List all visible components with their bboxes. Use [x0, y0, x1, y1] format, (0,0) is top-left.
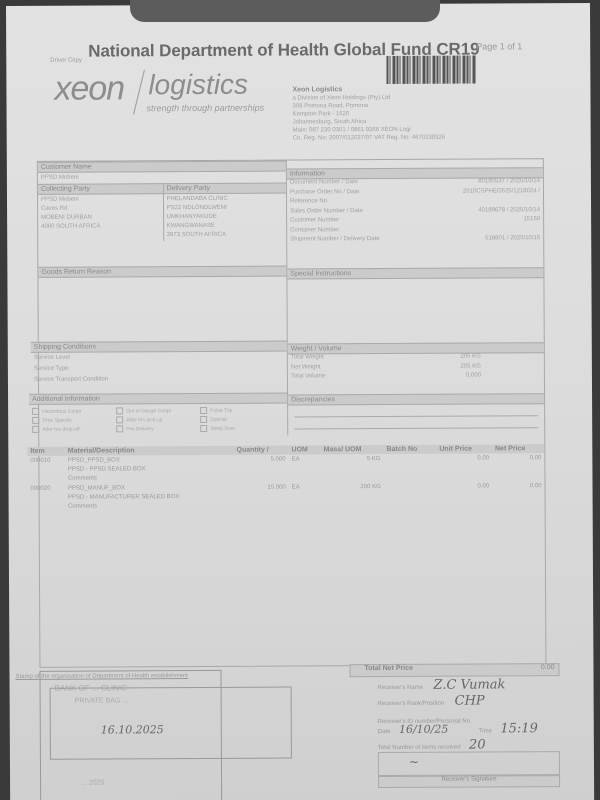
- weight-unit: KG: [472, 354, 481, 360]
- option-label: After hrs pick-up: [126, 417, 162, 423]
- delivery-form: Customer Name PPSD Mobeni Collecting Par…: [37, 158, 547, 668]
- date-value[interactable]: 16/10/25: [399, 723, 448, 736]
- delivery-note-page: National Department of Health Global Fun…: [6, 3, 594, 800]
- item-batch: [384, 482, 437, 510]
- date-label: Date: [378, 729, 391, 735]
- receiver-rank-label: Receiver's Rank/Position: [378, 701, 445, 707]
- stamp-box: [50, 687, 292, 760]
- discrepancies-header: Discrepancies: [288, 393, 544, 405]
- information-label: Customer Number: [290, 217, 339, 227]
- column-header: Batch No: [384, 445, 437, 454]
- company-line: 308 Pomona Road, Pomona: [293, 103, 369, 109]
- signature-box[interactable]: ~: [378, 751, 560, 776]
- information-label: Container Number: [290, 227, 339, 237]
- checkbox[interactable]: [116, 416, 123, 423]
- time-label: Time: [479, 728, 492, 734]
- option-label: Hazardous Cargo: [42, 408, 81, 414]
- signature-scribble-icon: ~: [409, 755, 419, 769]
- address-line: 3973 SOUTH AFRICA: [167, 231, 284, 241]
- option-label: Pulse Trip: [210, 407, 232, 413]
- option-label: Time Specific: [42, 417, 72, 423]
- special-instructions-section: Special Instructions: [287, 267, 543, 279]
- option-label: Pre-Delivery: [126, 426, 154, 432]
- table-row: 000010 PPSD_PPSD_BOX PPSD - PPSD SEALED …: [27, 453, 544, 484]
- items-section: ItemMaterial/DescriptionQuantity /UOMMas…: [27, 444, 544, 512]
- signature-label: Receiver's Signature: [378, 775, 560, 788]
- receiver-name-value[interactable]: Z.C Vumak: [433, 677, 505, 692]
- time-value[interactable]: 15:19: [500, 721, 538, 736]
- material-code: PPSD_PPSD_BOX: [68, 457, 231, 464]
- mass-value: 5: [367, 456, 370, 462]
- column-header: Quantity /: [233, 446, 288, 455]
- information-label: Shipment Number / Delivery Date: [290, 236, 379, 246]
- weight-value: 205: [461, 363, 471, 369]
- collecting-party-header: Collecting Party: [38, 183, 163, 195]
- weight-value: 0.000: [466, 373, 481, 379]
- additional-option: Time Specific: [32, 416, 116, 423]
- item-material: PPSD_MANUF_BOX PPSD - MANUFACTURER SEALE…: [65, 483, 234, 512]
- mass-value: 200: [360, 484, 370, 490]
- item-batch: [384, 454, 437, 482]
- option-label: After hrs drop-off: [42, 426, 79, 432]
- goods-return-header: Goods Return Reason: [38, 266, 286, 278]
- item-mass: 5 KG: [321, 454, 384, 482]
- total-net-price-label: Total Net Price: [364, 665, 413, 676]
- checkbox[interactable]: [116, 425, 123, 432]
- checkbox[interactable]: [32, 426, 39, 433]
- checkbox[interactable]: [200, 425, 207, 432]
- clipboard-clip: [130, 0, 440, 22]
- additional-option: After hrs drop-off: [32, 425, 116, 432]
- item-comments: Comments: [68, 503, 231, 510]
- item-number: 000020: [28, 484, 66, 512]
- logo-xeon: xeon: [54, 69, 124, 108]
- item-net-price: 0.00: [492, 453, 544, 481]
- delivery-party-address: PHELANDABA CLINIC PS22 NDLONDLWENI UMKHA…: [163, 194, 286, 242]
- mass-unit: KG: [372, 456, 381, 462]
- information-section: Information Document Number / Date801905…: [287, 167, 543, 246]
- item-uom: EA: [289, 482, 321, 510]
- item-unit-price: 0.00: [436, 453, 492, 481]
- information-label: Purchase Order No / Date: [290, 189, 359, 199]
- item-uom: EA: [289, 454, 321, 482]
- item-quantity: 15.000: [234, 483, 289, 511]
- option-label: Sleep Over: [210, 425, 235, 431]
- weight-label: Total Weight: [291, 354, 324, 364]
- page-number: Page 1 of 1: [476, 41, 522, 51]
- option-label: Out of Gauge Cargo: [126, 408, 171, 414]
- checkbox[interactable]: [116, 407, 123, 414]
- checkbox[interactable]: [200, 407, 207, 414]
- information-label: Reference No: [290, 198, 327, 208]
- information-label: Sales Order Number / Date: [290, 208, 363, 218]
- column-header: Unit Price: [436, 444, 492, 453]
- receiver-section: Receiver's Name Z.C Vumak Receiver's Ran…: [378, 675, 559, 788]
- special-instructions-header: Special Instructions: [287, 267, 543, 279]
- material-code: PPSD_MANUF_BOX: [68, 485, 231, 492]
- items-table: ItemMaterial/DescriptionQuantity /UOMMas…: [27, 444, 544, 512]
- goods-return-section: Goods Return Reason: [38, 266, 286, 278]
- additional-option: After hrs pick-up: [116, 416, 200, 423]
- logo-tagline: strength through partnerships: [147, 103, 265, 114]
- additional-option: Pulse Trip: [200, 407, 284, 414]
- customer-section: Customer Name PPSD Mobeni Collecting Par…: [38, 161, 286, 242]
- copy-label: Driver Copy: [50, 58, 82, 64]
- barcode-icon: [386, 56, 476, 84]
- additional-option: Out of Gauge Cargo: [116, 407, 200, 414]
- item-quantity: 5.000: [234, 455, 289, 483]
- item-comments: Comments: [68, 475, 231, 482]
- item-mass: 200 KG: [321, 482, 384, 510]
- item-number: 000010: [27, 456, 65, 484]
- column-header: Mass/ UOM: [321, 445, 384, 454]
- information-value: 40189678 / 2025/10/14: [478, 207, 540, 217]
- total-net-price-value: 0.00: [541, 664, 555, 675]
- weight-label: Net Weight: [291, 364, 321, 374]
- information-label: Document Number / Date: [290, 179, 358, 189]
- total-items-label: Total Number of items received: [378, 745, 461, 751]
- discrepancies-section: Discrepancies: [288, 393, 544, 429]
- receiver-rank-value[interactable]: CHP: [455, 694, 485, 709]
- logo-logistics: logistics: [148, 69, 248, 102]
- receiver-name-label: Receiver's Name: [378, 685, 424, 691]
- weight-row: Total Volume0.000: [288, 372, 544, 383]
- delivery-party-header: Delivery Party: [163, 183, 286, 195]
- column-header: Net Price: [492, 444, 544, 453]
- mass-unit: KG: [372, 484, 381, 490]
- company-line: Johannesburg, South Africa: [293, 119, 367, 125]
- material-description: PPSD - PPSD SEALED BOX: [68, 466, 231, 473]
- information-value: 2010CSPHEO525/1218024 /: [463, 188, 540, 198]
- company-line: Co. Reg. No: 2007/012037/07 VAT Reg. No:…: [293, 135, 445, 142]
- item-unit-price: 0.00: [437, 481, 493, 509]
- shipping-conditions-section: Shipping Conditions Service Level Servic…: [31, 341, 287, 386]
- item-material: PPSD_PPSD_BOX PPSD - PPSD SEALED BOX Com…: [65, 455, 234, 484]
- column-header: UOM: [289, 445, 321, 454]
- address-line: 4060 SOUTH AFRICA: [41, 222, 160, 232]
- weight-unit: KG: [472, 363, 481, 369]
- transport-condition: Service Transport Condition: [31, 374, 287, 386]
- total-items-value[interactable]: 20: [469, 737, 486, 752]
- information-value: 15150: [523, 216, 540, 226]
- item-net-price: 0.00: [492, 481, 544, 509]
- additional-information-section: Additional Information Hazardous CargoOu…: [29, 393, 287, 436]
- company-name: Xeon Logistics: [292, 86, 342, 93]
- information-value: 80190537 / 2025/10/14: [478, 178, 540, 188]
- option-label: Special: [210, 416, 226, 422]
- additional-option: Pre-Delivery: [116, 425, 200, 432]
- company-line: Main: 087 230 0301 / 0861 9366 XEON Logi: [293, 127, 411, 134]
- checkbox[interactable]: [32, 417, 39, 424]
- material-description: PPSD - MANUFACTURER SEALED BOX: [68, 494, 231, 501]
- weight-volume-section: Weight / Volume Total Weight205 KGNet We…: [288, 342, 544, 383]
- weight-label: Total Volume: [291, 373, 325, 383]
- additional-option: Hazardous Cargo: [32, 407, 116, 414]
- table-row: 000020 PPSD_MANUF_BOX PPSD - MANUFACTURE…: [28, 481, 545, 512]
- logo-divider: [133, 70, 145, 115]
- additional-option: Special: [200, 416, 284, 423]
- column-header: Item: [27, 447, 64, 456]
- checkbox[interactable]: [32, 408, 39, 415]
- information-row: Shipment Number / Delivery Date518801 / …: [287, 235, 543, 246]
- checkbox[interactable]: [200, 416, 207, 423]
- company-line: Kempton Park - 1620: [293, 111, 350, 117]
- additional-option: Sleep Over: [200, 425, 284, 432]
- company-address: Xeon Logistics a Division of Xeon Holdin…: [292, 86, 445, 143]
- stamp-bottom: ... 2025: [81, 779, 104, 786]
- weight-value: 205: [460, 354, 470, 360]
- information-value: 518801 / 2025/10/15: [485, 235, 540, 245]
- company-line: a Division of Xeon Holdings (Pty) Ltd: [292, 95, 390, 102]
- collecting-party-address: PPSD Mobeni Caves Rd MOBENI DURBAN 4060 …: [38, 194, 163, 233]
